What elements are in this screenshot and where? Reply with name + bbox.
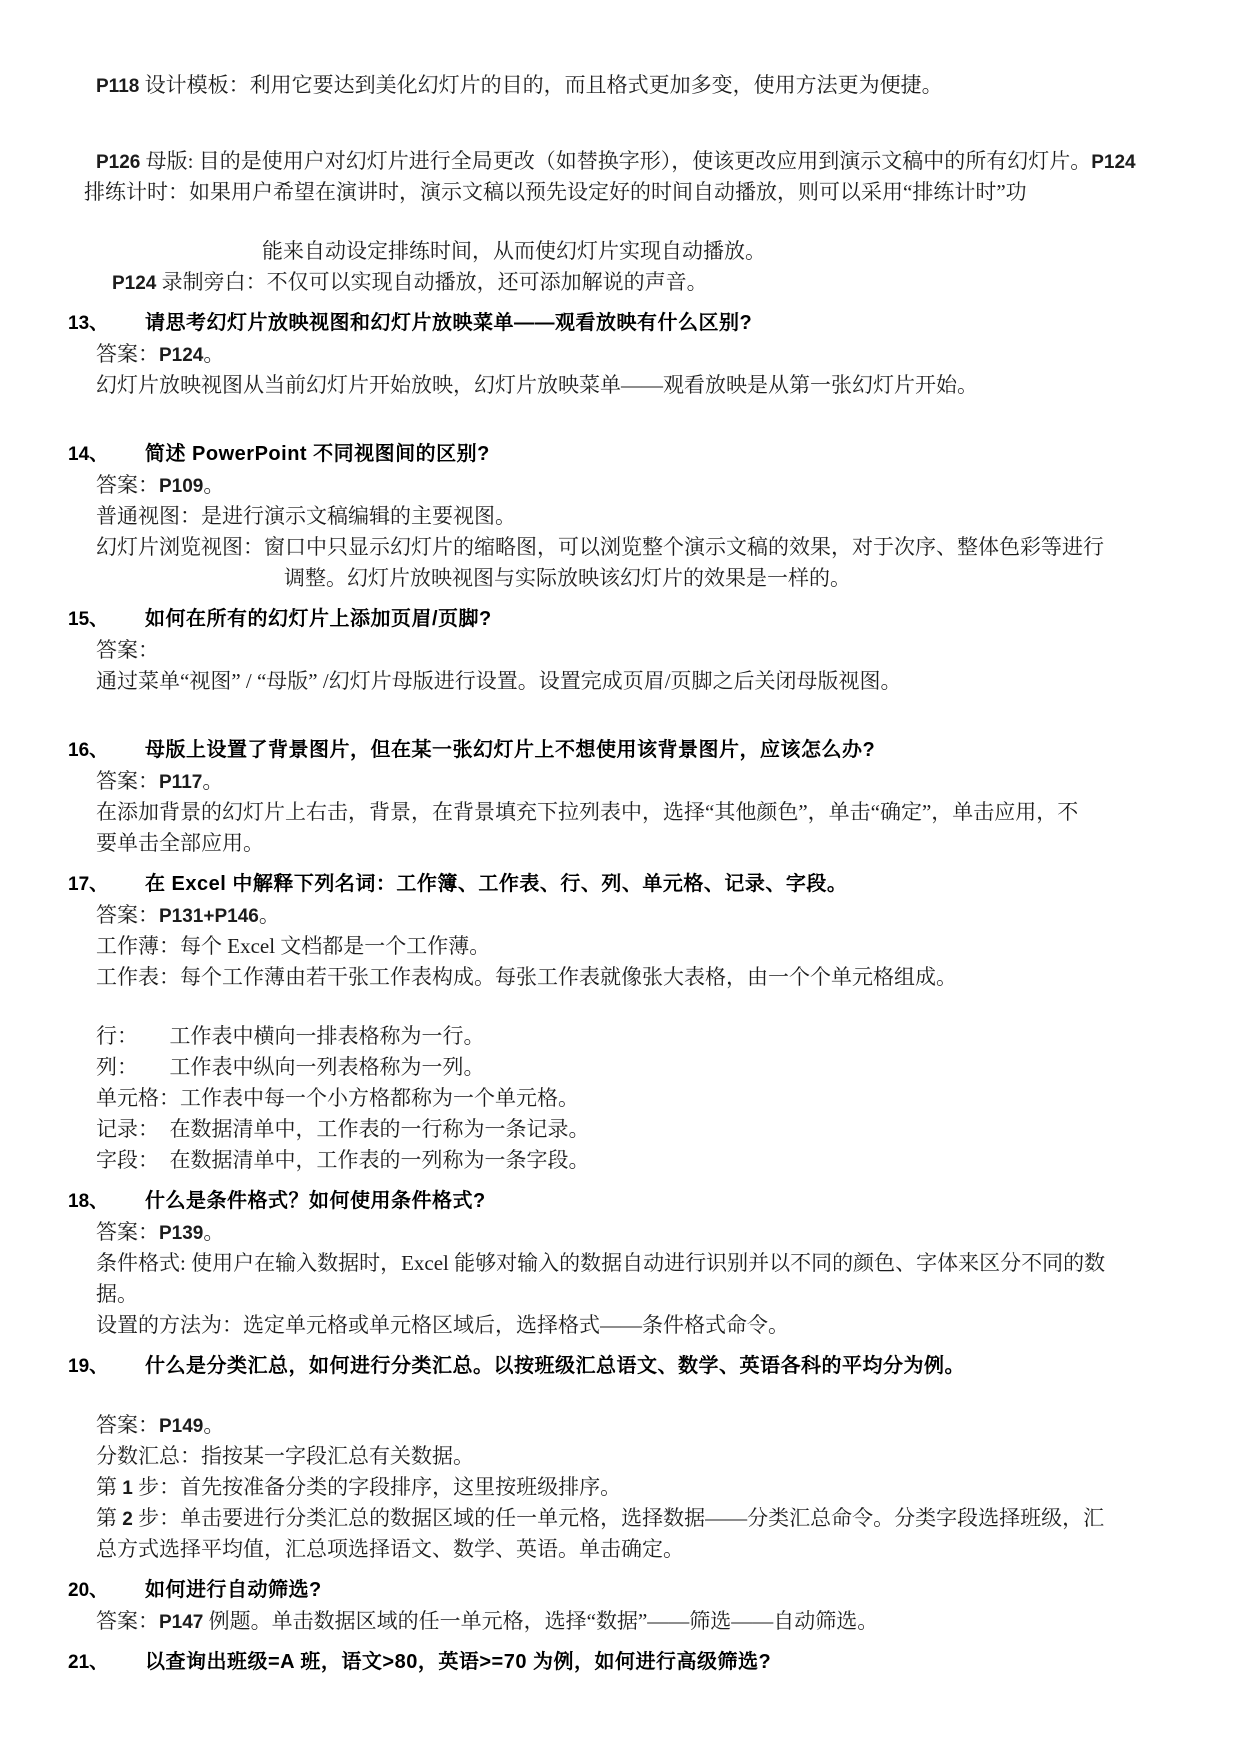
question-item: 17、在 Excel 中解释下列名词：工作簿、工作表、行、列、单元格、记录、字段… — [0, 869, 1241, 900]
doc-line: 能来自动设定排练时间，从而使幻灯片实现自动播放。 — [262, 236, 1241, 267]
text-run: 幻灯片放映视图从当前幻灯片开始放映，幻灯片放映菜单——观看放映是从第一张幻灯片开… — [96, 373, 978, 397]
text-run: 据。 — [96, 1282, 138, 1306]
text-run: 能来自动设定排练时间，从而使幻灯片实现自动播放。 — [262, 239, 766, 263]
question-number: 19、 — [68, 1351, 145, 1382]
doc-line: 据。 — [96, 1279, 1241, 1310]
doc-line: 通过菜单“视图” / “母版” /幻灯片母版进行设置。设置完成页眉/页脚之后关闭… — [96, 666, 1241, 697]
question-number: 21、 — [68, 1647, 145, 1678]
question-text: 母版上设置了背景图片，但在某一张幻灯片上不想使用该背景图片，应该怎么办? — [145, 735, 875, 766]
question-number: 13、 — [68, 308, 145, 339]
text-run: 条件格式: 使用户在输入数据时，Excel 能够对输入的数据自动进行识别并以不同… — [96, 1251, 1105, 1275]
text-run: 答案： — [96, 638, 159, 662]
blank-line — [0, 1382, 1241, 1410]
doc-line: 答案：P139。 — [96, 1217, 1241, 1248]
text-run: 答案： — [96, 769, 159, 793]
page-ref: P126 — [96, 152, 146, 173]
text-run: 通过菜单“视图” / “母版” /幻灯片母版进行设置。设置完成页眉/页脚之后关闭… — [96, 669, 902, 693]
text-run: 。 — [259, 903, 280, 927]
page-ref: P147 — [159, 1612, 203, 1633]
blank-line — [0, 993, 1241, 1021]
blank-line — [0, 401, 1241, 429]
text-run: 设计模板：利用它要达到美化幻灯片的目的，而且格式更加多变，使用方法更为便捷。 — [145, 73, 943, 97]
question-item: 19、什么是分类汇总，如何进行分类汇总。以按班级汇总语文、数学、英语各科的平均分… — [0, 1351, 1241, 1382]
question-item: 15、如何在所有的幻灯片上添加页眉/页脚? — [0, 604, 1241, 635]
text-run: 步：单击要进行分类汇总的数据区域的任一单元格，选择数据——分类汇总命令。分类字段… — [133, 1506, 1104, 1530]
doc-line: 第 1 步：首先按准备分类的字段排序，这里按班级排序。 — [96, 1472, 1241, 1503]
doc-line: 第 2 步：单击要进行分类汇总的数据区域的任一单元格，选择数据——分类汇总命令。… — [96, 1503, 1241, 1534]
text-run: 幻灯片浏览视图：窗口中只显示幻灯片的缩略图，可以浏览整个演示文稿的效果，对于次序… — [96, 535, 1104, 559]
doc-line: 答案：P147 例题。单击数据区域的任一单元格，选择“数据”——筛选——自动筛选… — [96, 1606, 1241, 1637]
doc-line: 调整。幻灯片放映视图与实际放映该幻灯片的效果是一样的。 — [284, 563, 1241, 594]
doc-line: 幻灯片放映视图从当前幻灯片开始放映，幻灯片放映菜单——观看放映是从第一张幻灯片开… — [96, 370, 1241, 401]
doc-line: 答案：P149。 — [96, 1410, 1241, 1441]
doc-line: 答案：P124。 — [96, 339, 1241, 370]
text-run: 答案： — [96, 1413, 159, 1437]
text-run: 设置的方法为：选定单元格或单元格区域后，选择格式——条件格式命令。 — [96, 1313, 789, 1337]
doc-line: 记录： 在数据清单中，工作表的一行称为一条记录。 — [96, 1114, 1241, 1145]
question-text: 如何进行自动筛选? — [145, 1575, 322, 1606]
text-run: 。 — [203, 1220, 224, 1244]
doc-line: 工作薄：每个 Excel 文档都是一个工作薄。 — [96, 931, 1241, 962]
text-run: 行： 工作表中横向一排表格称为一行。 — [96, 1024, 485, 1048]
doc-line: 字段： 在数据清单中，工作表的一列称为一条字段。 — [96, 1145, 1241, 1176]
text-run: 答案： — [96, 903, 159, 927]
question-item: 14、简述 PowerPoint 不同视图间的区别? — [0, 439, 1241, 470]
page-ref: P117 — [159, 772, 202, 793]
doc-line: 设置的方法为：选定单元格或单元格区域后，选择格式——条件格式命令。 — [96, 1310, 1241, 1341]
text-run: 分数汇总：指按某一字段汇总有关数据。 — [96, 1444, 474, 1468]
question-item: 16、母版上设置了背景图片，但在某一张幻灯片上不想使用该背景图片，应该怎么办? — [0, 735, 1241, 766]
text-run: 在添加背景的幻灯片上右击，背景，在背景填充下拉列表中，选择“其他颜色”，单击“确… — [96, 800, 1078, 824]
question-item: 13、请思考幻灯片放映视图和幻灯片放映菜单——观看放映有什么区别? — [0, 308, 1241, 339]
doc-line: 条件格式: 使用户在输入数据时，Excel 能够对输入的数据自动进行识别并以不同… — [96, 1248, 1241, 1279]
doc-line: 答案：P109。 — [96, 470, 1241, 501]
question-number: 14、 — [68, 439, 145, 470]
doc-line: 总方式选择平均值，汇总项选择语文、数学、英语。单击确定。 — [96, 1534, 1241, 1565]
text-run: 。 — [203, 473, 224, 497]
doc-line: 答案： — [96, 635, 1241, 666]
text-run: 步：首先按准备分类的字段排序，这里按班级排序。 — [133, 1475, 621, 1499]
text-run: 排练计时：如果用户希望在演讲时，演示文稿以预先设定好的时间自动播放，则可以采用“… — [84, 180, 1027, 204]
document-body: P118 设计模板：利用它要达到美化幻灯片的目的，而且格式更加多变，使用方法更为… — [0, 70, 1241, 1678]
text-run: 工作表：每个工作薄由若干张工作表构成。每张工作表就像张大表格，由一个个单元格组成… — [96, 965, 957, 989]
question-text: 以查询出班级=A 班，语文>80，英语>=70 为例，如何进行高级筛选? — [145, 1647, 771, 1678]
text-run: 录制旁白：不仅可以实现自动播放，还可添加解说的声音。 — [162, 270, 708, 294]
text-run: 列： 工作表中纵向一列表格称为一列。 — [96, 1055, 485, 1079]
question-text: 什么是条件格式？如何使用条件格式? — [145, 1186, 486, 1217]
text-run: 母版: 目的是使用户对幻灯片进行全局更改（如替换字形），使该更改应用到演示文稿中… — [146, 149, 1092, 173]
blank-line — [0, 697, 1241, 725]
doc-line: 在添加背景的幻灯片上右击，背景，在背景填充下拉列表中，选择“其他颜色”，单击“确… — [96, 797, 1241, 828]
page-ref: P124 — [112, 273, 162, 294]
doc-line: P124 录制旁白：不仅可以实现自动播放，还可添加解说的声音。 — [112, 267, 1241, 298]
text-run: 答案： — [96, 1220, 159, 1244]
text-run: 调整。幻灯片放映视图与实际放映该幻灯片的效果是一样的。 — [284, 566, 851, 590]
question-text: 什么是分类汇总，如何进行分类汇总。以按班级汇总语文、数学、英语各科的平均分为例。 — [145, 1351, 965, 1382]
question-number: 20、 — [68, 1575, 145, 1606]
text-run: 要单击全部应用。 — [96, 831, 264, 855]
question-item: 21、以查询出班级=A 班，语文>80，英语>=70 为例，如何进行高级筛选? — [0, 1647, 1241, 1678]
text-run: 单元格：工作表中每一个小方格都称为一个单元格。 — [96, 1086, 579, 1110]
text-run: 工作薄：每个 Excel 文档都是一个工作薄。 — [96, 934, 490, 958]
page-ref: P139 — [159, 1223, 203, 1244]
page-ref: 2 — [122, 1509, 133, 1530]
doc-line: 普通视图：是进行演示文稿编辑的主要视图。 — [96, 501, 1241, 532]
blank-line — [0, 101, 1241, 146]
question-text: 简述 PowerPoint 不同视图间的区别? — [145, 439, 490, 470]
text-run: 第 — [96, 1506, 122, 1530]
text-run: 总方式选择平均值，汇总项选择语文、数学、英语。单击确定。 — [96, 1537, 684, 1561]
question-text: 请思考幻灯片放映视图和幻灯片放映菜单——观看放映有什么区别? — [145, 308, 752, 339]
doc-line: 要单击全部应用。 — [96, 828, 1241, 859]
text-run: 。 — [202, 769, 223, 793]
question-text: 在 Excel 中解释下列名词：工作簿、工作表、行、列、单元格、记录、字段。 — [145, 869, 847, 900]
text-run: 答案： — [96, 473, 159, 497]
page-ref: P109 — [159, 476, 203, 497]
question-number: 17、 — [68, 869, 145, 900]
doc-line: P118 设计模板：利用它要达到美化幻灯片的目的，而且格式更加多变，使用方法更为… — [96, 70, 1241, 101]
doc-line: 排练计时：如果用户希望在演讲时，演示文稿以预先设定好的时间自动播放，则可以采用“… — [84, 177, 1241, 208]
text-run: 答案： — [96, 342, 159, 366]
doc-line: 单元格：工作表中每一个小方格都称为一个单元格。 — [96, 1083, 1241, 1114]
page-ref: P118 — [96, 76, 145, 97]
doc-line: 列： 工作表中纵向一列表格称为一列。 — [96, 1052, 1241, 1083]
text-run: 例题。单击数据区域的任一单元格，选择“数据”——筛选——自动筛选。 — [203, 1609, 878, 1633]
page-ref: 1 — [122, 1478, 133, 1499]
page-ref: P124 — [159, 345, 203, 366]
doc-line: 工作表：每个工作薄由若干张工作表构成。每张工作表就像张大表格，由一个个单元格组成… — [96, 962, 1241, 993]
text-run: 记录： 在数据清单中，工作表的一行称为一条记录。 — [96, 1117, 590, 1141]
doc-line: 幻灯片浏览视图：窗口中只显示幻灯片的缩略图，可以浏览整个演示文稿的效果，对于次序… — [96, 532, 1241, 563]
page-ref: P124 — [1091, 152, 1135, 173]
blank-line — [0, 208, 1241, 236]
page-ref: P131+P146 — [159, 906, 259, 927]
question-item: 20、如何进行自动筛选? — [0, 1575, 1241, 1606]
doc-line: 行： 工作表中横向一排表格称为一行。 — [96, 1021, 1241, 1052]
question-number: 18、 — [68, 1186, 145, 1217]
doc-line: 答案：P117。 — [96, 766, 1241, 797]
doc-line: 分数汇总：指按某一字段汇总有关数据。 — [96, 1441, 1241, 1472]
text-run: 。 — [203, 342, 224, 366]
question-item: 18、什么是条件格式？如何使用条件格式? — [0, 1186, 1241, 1217]
text-run: 答案： — [96, 1609, 159, 1633]
text-run: 字段： 在数据清单中，工作表的一列称为一条字段。 — [96, 1148, 590, 1172]
question-number: 15、 — [68, 604, 145, 635]
question-number: 16、 — [68, 735, 145, 766]
text-run: 普通视图：是进行演示文稿编辑的主要视图。 — [96, 504, 516, 528]
document-page: P118 设计模板：利用它要达到美化幻灯片的目的，而且格式更加多变，使用方法更为… — [0, 0, 1241, 1754]
text-run: 。 — [203, 1413, 224, 1437]
doc-line: P126 母版: 目的是使用户对幻灯片进行全局更改（如替换字形），使该更改应用到… — [96, 146, 1241, 177]
page-ref: P149 — [159, 1416, 203, 1437]
text-run: 第 — [96, 1475, 122, 1499]
doc-line: 答案：P131+P146。 — [96, 900, 1241, 931]
question-text: 如何在所有的幻灯片上添加页眉/页脚? — [145, 604, 492, 635]
